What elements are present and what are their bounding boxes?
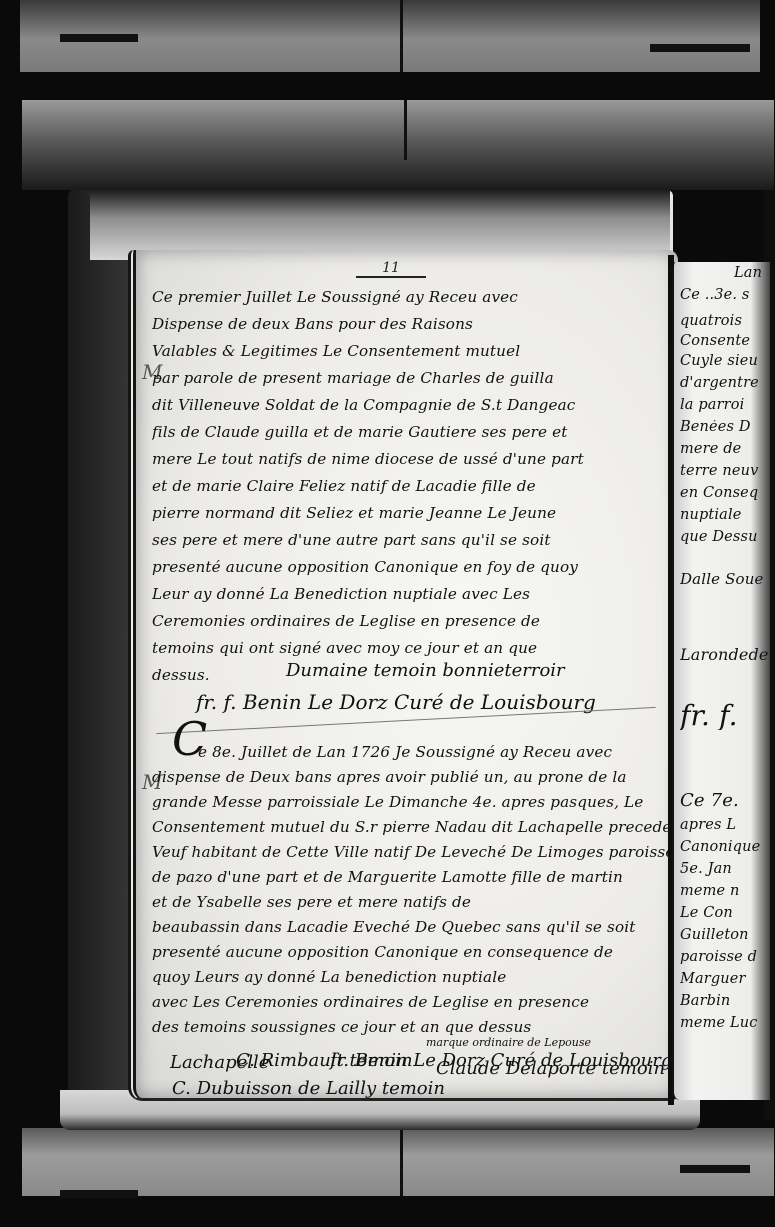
entry-1-line: et de marie Claire Feliez natif de Lacad… [152, 479, 668, 494]
entry-1-line: presenté aucune opposition Canonique en … [152, 560, 668, 575]
facing-line: Le Con [680, 906, 770, 921]
entry-2-line: e 8e. Juillet de Lan 1726 Je Soussigné a… [198, 745, 668, 760]
facing-line: Marguer [680, 972, 770, 987]
entry-1-line: Valables & Legitimes Le Consentement mut… [152, 344, 668, 359]
register-page: 11 M M Ce premier Juillet Le Soussigné a… [128, 250, 678, 1101]
signature-priest-entry-2: fr. Benin Le Dorz Curé de Louisbourg [330, 1050, 672, 1071]
facing-line: meme Luc [680, 1016, 770, 1031]
entry-2-line: et de Ysabelle ses pere et mere natifs d… [152, 895, 668, 910]
facing-line: Cuyle sieu [680, 354, 770, 369]
facing-signature: Dalle Soue [680, 572, 770, 587]
folio-number: 11 [356, 260, 426, 278]
entry-1-witness-signatures: Dumaine temoin bonnieterroir [286, 660, 565, 681]
entry-1-line: Dispense de deux Bans pour des Raisons [152, 317, 668, 332]
signature-dubuisson: C. Dubuisson de Lailly temoin [172, 1078, 445, 1099]
facing-signature: fr. f. [680, 702, 770, 730]
entry-1-priest-signature: fr. f. Benin Le Dorz Curé de Louisbourg [196, 690, 596, 714]
entry-1-line: temoins qui ont signé avec moy ce jour e… [152, 641, 668, 656]
facing-line: la parroi [680, 398, 770, 413]
entry-1-line: dit Villeneuve Soldat de la Compagnie de… [152, 398, 668, 413]
facing-line: Ce ..3e. s [680, 288, 770, 303]
entry-2-line: de pazo d'une part et de Marguerite Lamo… [152, 870, 668, 885]
facing-line: que Dessu [680, 530, 770, 545]
facing-line: Barbin [680, 994, 770, 1009]
frame-divider [404, 100, 407, 160]
entry-2-line: des temoins soussignes ce jour et an que… [152, 1020, 668, 1035]
signature-lachapelle: Lachapelle [170, 1052, 269, 1073]
entry-1-line: mere Le tout natifs de nime diocese de u… [152, 452, 668, 467]
frame-clip [60, 1190, 138, 1198]
facing-line: en Conseq [680, 486, 770, 501]
entry-2-line: dispense de Deux bans apres avoir publié… [152, 770, 668, 785]
facing-line: Canonique [680, 840, 770, 855]
facing-page: Lan Ce ..3e. s quatrois Consente Cuyle s… [672, 262, 770, 1100]
scanner-frame-bottom [22, 1128, 774, 1196]
facing-line: Consente [680, 334, 770, 349]
frame-divider [400, 1128, 403, 1196]
facing-line: terre neuv [680, 464, 770, 479]
entry-1-line: Leur ay donné La Benediction nuptiale av… [152, 587, 668, 602]
frame-clip [60, 34, 138, 42]
entry-2-line: beaubassin dans Lacadie Eveché De Quebec… [152, 920, 668, 935]
facing-line: nuptiale [680, 508, 770, 523]
facing-line: mere de [680, 442, 770, 457]
facing-line: meme n [680, 884, 770, 899]
facing-line: apres L [680, 818, 770, 833]
facing-line: d'argentre [680, 376, 770, 391]
facing-line: quatrois [680, 314, 770, 329]
entry-2-line: Consentement mutuel du S.r pierre Nadau … [152, 820, 668, 835]
scanner-frame-upper [22, 100, 774, 190]
entry-2-line: Veuf habitant de Cette Ville natif De Le… [152, 845, 668, 860]
frame-clip [650, 44, 750, 52]
frame-divider [400, 0, 403, 72]
entry-1-line: par parole de present mariage de Charles… [152, 371, 668, 386]
entry-2-line: quoy Leurs ay donné La benediction nupti… [152, 970, 668, 985]
entry-2-line: grande Messe parroissiale Le Dimanche 4e… [152, 795, 668, 810]
entry-2-line: avec Les Ceremonies ordinaires de Leglis… [152, 995, 668, 1010]
facing-line: Lan [734, 266, 770, 281]
bride-mark-note: marque ordinaire de Lepouse [426, 1036, 591, 1049]
entry-1-line: pierre normand dit Seliez et marie Jeann… [152, 506, 668, 521]
entry-1-line: Ceremonies ordinaires de Leglise en pres… [152, 614, 668, 629]
facing-signature: Larondede [680, 647, 770, 663]
frame-clip [680, 1165, 750, 1173]
facing-line: Ce 7e. [680, 792, 770, 810]
facing-line: paroisse d [680, 950, 770, 965]
entry-2-line: presenté aucune opposition Canonique en … [152, 945, 668, 960]
facing-line: Benées D [680, 420, 770, 435]
entry-1-line: ses pere et mere d'une autre part sans q… [152, 533, 668, 548]
entry-1-line: fils de Claude guilla et de marie Gautie… [152, 425, 668, 440]
facing-line: 5e. Jan [680, 862, 770, 877]
entry-1-line: Ce premier Juillet Le Soussigné ay Receu… [152, 290, 668, 305]
facing-line: Guilleton [680, 928, 770, 943]
